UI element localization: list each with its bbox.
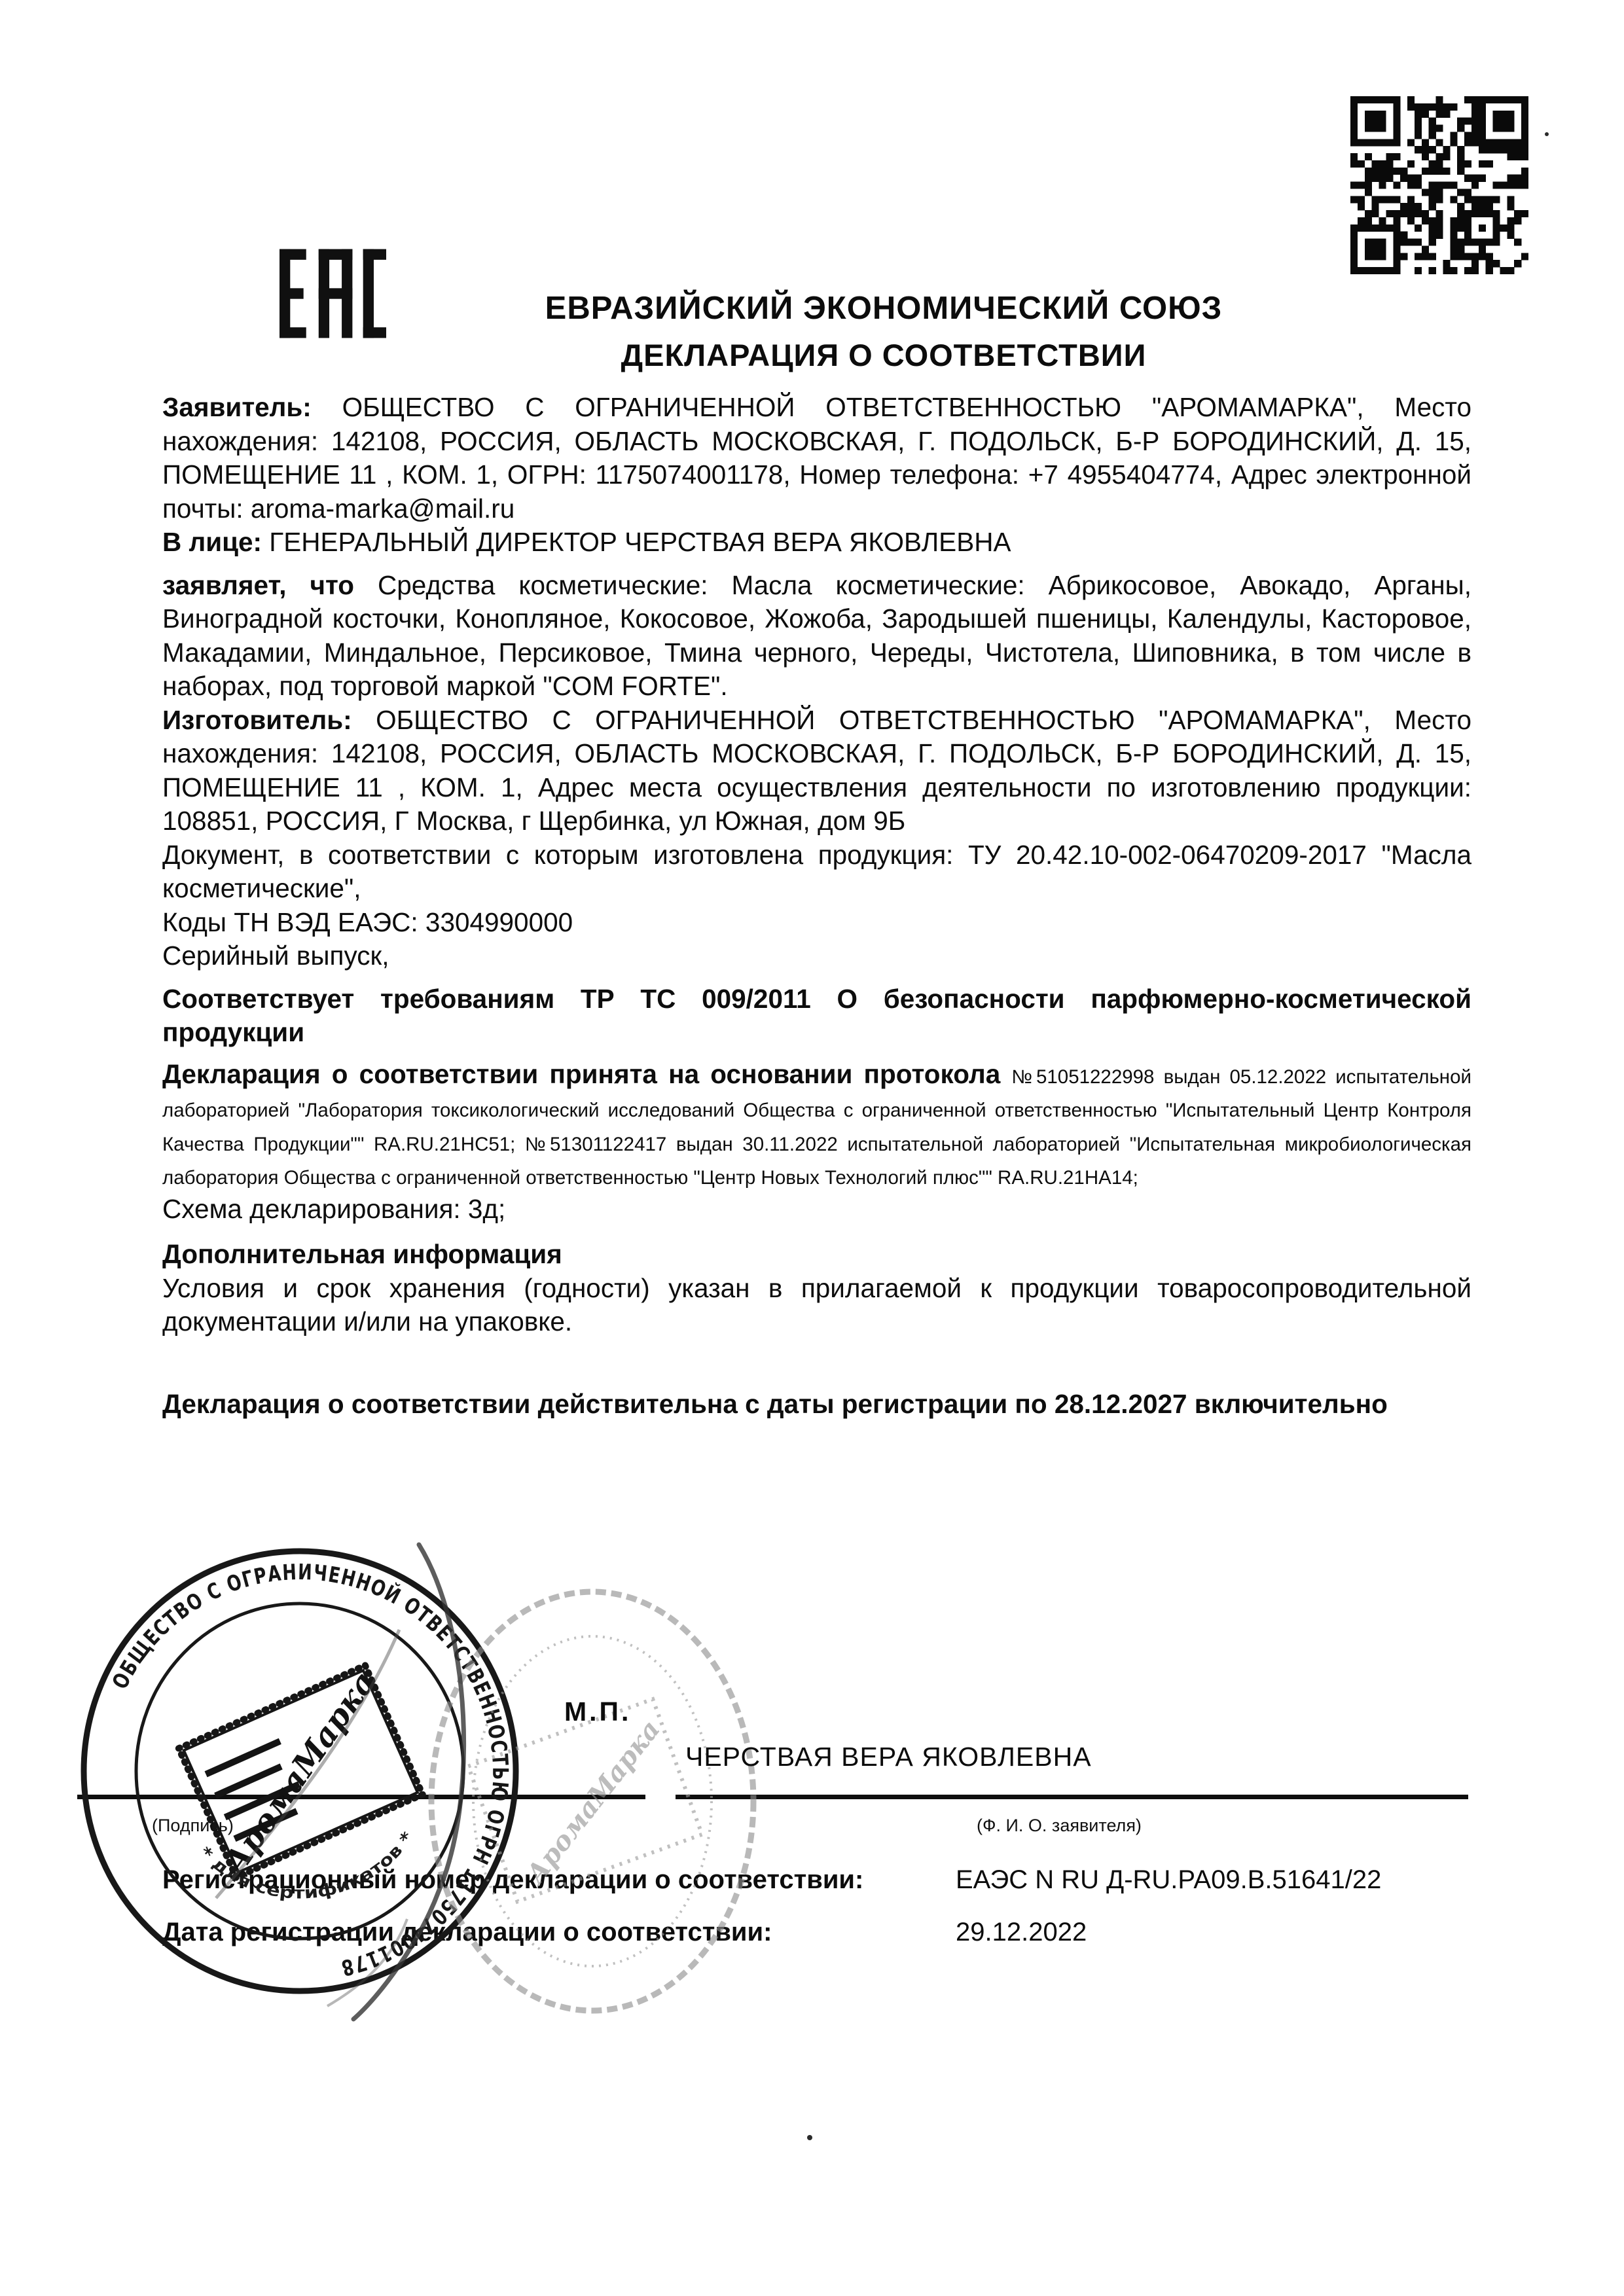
fio-caption: (Ф. И. О. заявителя) [977, 1816, 1142, 1836]
paragraph: Схема декларирования: 3д; [162, 1193, 1471, 1227]
paragraph: Коды ТН ВЭД ЕАЭС: 3304990000 [162, 906, 1471, 940]
stamp-place-label: М.П. [564, 1696, 631, 1727]
paragraph: Заявитель: ОБЩЕСТВО С ОГРАНИЧЕННОЙ ОТВЕТ… [162, 391, 1471, 526]
eac-mark-icon [280, 249, 386, 338]
paragraph: Декларация о соответствии действительна … [162, 1388, 1471, 1422]
paragraph: Условия и срок хранения (годности) указа… [162, 1272, 1471, 1339]
paragraph: Серийный выпуск, [162, 939, 1471, 973]
paragraph: В лице: ГЕНЕРАЛЬНЫЙ ДИРЕКТОР ЧЕРСТВАЯ ВЕ… [162, 526, 1471, 560]
paragraph: Дополнительная информация [162, 1238, 1471, 1272]
document-title: ДЕКЛАРАЦИЯ О СООТВЕТСТВИИ [425, 337, 1342, 373]
scan-speck [807, 2135, 812, 2140]
scan-speck [1545, 132, 1549, 136]
union-title: ЕВРАЗИЙСКИЙ ЭКОНОМИЧЕСКИЙ СОЮЗ [425, 290, 1342, 327]
registration-number-value: ЕАЭС N RU Д-RU.РА09.В.51641/22 [956, 1865, 1381, 1895]
paragraph: Соответствует требованиям ТР ТС 009/2011… [162, 982, 1471, 1050]
paragraph: Документ, в соответствии с которым изгот… [162, 838, 1471, 906]
signature-ink [164, 1525, 818, 2049]
declaration-document-page: ЕВРАЗИЙСКИЙ ЭКОНОМИЧЕСКИЙ СОЮЗ ДЕКЛАРАЦИ… [0, 0, 1624, 2296]
qr-code-icon [1350, 96, 1528, 274]
paragraph: заявляет, что Средства косметические: Ма… [162, 569, 1471, 704]
registration-date-value: 29.12.2022 [956, 1918, 1087, 1947]
paragraph: Декларация о соответствии принята на осн… [162, 1058, 1471, 1193]
paragraph: Изготовитель: ОБЩЕСТВО С ОГРАНИЧЕННОЙ ОТ… [162, 704, 1471, 838]
applicant-name: ЧЕРСТВАЯ ВЕРА ЯКОВЛЕВНА [685, 1742, 1092, 1772]
signature-caption: (Подпись) [152, 1816, 234, 1836]
document-body: Заявитель: ОБЩЕСТВО С ОГРАНИЧЕННОЙ ОТВЕТ… [162, 391, 1471, 1421]
